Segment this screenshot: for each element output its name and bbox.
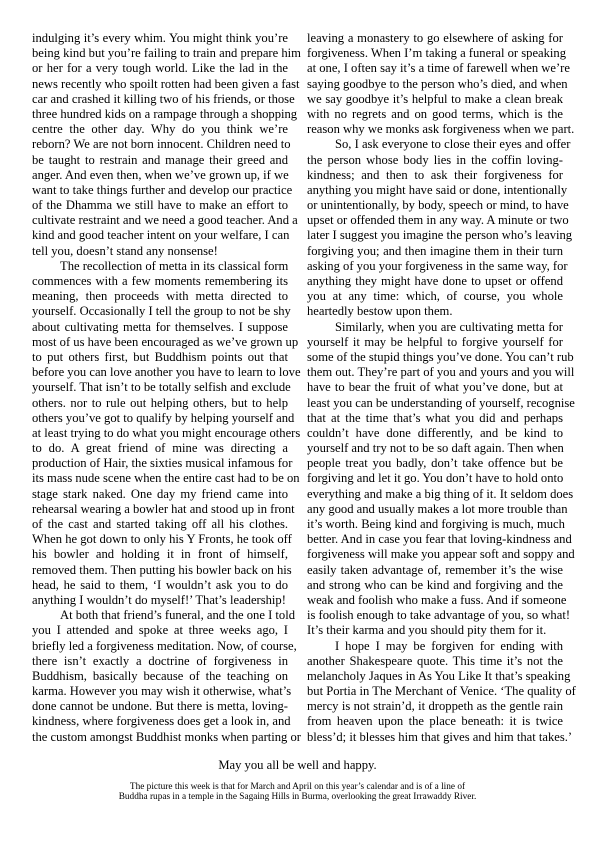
text-line: before you can love another you have to … xyxy=(32,365,288,380)
text-line: forgiveness will make you appear soft an… xyxy=(307,547,563,562)
text-line: its mass nude scene when the entire cast… xyxy=(32,471,288,486)
text-line: least you can be understanding of yourse… xyxy=(307,396,563,411)
text-line: Similarly, when you are cultivating mett… xyxy=(307,320,563,335)
text-line: from heaven upon the place beneath: it i… xyxy=(307,714,563,729)
text-line: to put others first, but Buddhism points… xyxy=(32,350,288,365)
text-line: later I suggest you imagine the person w… xyxy=(307,228,563,243)
paragraph: Similarly, when you are cultivating mett… xyxy=(307,320,563,639)
text-line: reborn? We are not born innocent. Childr… xyxy=(32,137,288,152)
text-line: that at the time that’s what you did and… xyxy=(307,411,563,426)
text-line: others. nor to rule out helping others, … xyxy=(32,396,288,411)
text-line: production of Hair, the sixties musical … xyxy=(32,456,288,471)
text-line: is foolish enough to take advantage of y… xyxy=(307,608,563,623)
text-line: want to take things further and develop … xyxy=(32,183,288,198)
text-line: tell you, doesn’t stand any nonsense! xyxy=(32,244,288,259)
text-line: meaning, then proceeds with metta direct… xyxy=(32,289,288,304)
text-line: three hundred kids on a rampage through … xyxy=(32,107,288,122)
text-line: briefly led a forgiveness meditation. No… xyxy=(32,639,288,654)
paragraph: leaving a monastery to go elsewhere of a… xyxy=(307,31,563,137)
text-line: heartedly bestow upon them. xyxy=(307,304,563,319)
text-line: another Shakespeare quote. This time it’… xyxy=(307,654,563,669)
text-line: with no regrets and on good terms, which… xyxy=(307,107,563,122)
text-line: kind and good teacher intent on your wel… xyxy=(32,228,288,243)
text-line: Buddhism, basically because of the teach… xyxy=(32,669,288,684)
text-line: to do. A great friend of mine was direct… xyxy=(32,441,288,456)
text-line: yourself it may be helpful to forgive yo… xyxy=(307,335,563,350)
text-line: karma. However you may wish it otherwise… xyxy=(32,684,288,699)
text-line: So, I ask everyone to close their eyes a… xyxy=(307,137,563,152)
text-line: forgiving you; and then imagine them in … xyxy=(307,244,563,259)
paragraph: I hope I may be forgiven for ending with… xyxy=(307,639,563,745)
text-line: melancholy Jaques in As You Like It that… xyxy=(307,669,563,684)
text-line: reason why we monks ask forgiveness when… xyxy=(307,122,563,137)
picture-caption: The picture this week is that for March … xyxy=(0,782,595,802)
text-line: at least trying to do what you might enc… xyxy=(32,426,288,441)
text-line: be taught to restrain and manage their g… xyxy=(32,153,288,168)
text-line: upset or offended them in any way. A min… xyxy=(307,213,563,228)
text-line: about cultivating metta for themselves. … xyxy=(32,320,288,335)
text-line: at one, I often say it’s a time of farew… xyxy=(307,61,563,76)
paragraph: At both that friend’s funeral, and the o… xyxy=(32,608,288,745)
text-line: news recently who spoilt rotten had been… xyxy=(32,77,288,92)
text-line: have to bear the fruit of what you’ve do… xyxy=(307,380,563,395)
text-line: indulging it’s every whim. You might thi… xyxy=(32,31,288,46)
text-line: anything you might have said or done, in… xyxy=(307,183,563,198)
text-line: easily taken advantage of, remember it’s… xyxy=(307,563,563,578)
text-line: forgiveness. When I’m taking a funeral o… xyxy=(307,46,563,61)
text-line: kindness, where forgiveness does get a l… xyxy=(32,714,288,729)
text-line: it’s worth. Being kind and forgiving is … xyxy=(307,517,563,532)
text-line: or her for a very tough world. Like the … xyxy=(32,61,288,76)
text-line: head, he said to them, ‘I wouldn’t ask y… xyxy=(32,578,288,593)
text-line: anything I wouldn’t do myself!’ That’s l… xyxy=(32,593,288,608)
text-line: the custom amongst Buddhist monks when p… xyxy=(32,730,288,745)
text-line: anything they might have done to upset o… xyxy=(307,274,563,289)
text-line: couldn’t have done differently, and be k… xyxy=(307,426,563,441)
text-line: The recollection of metta in its classic… xyxy=(32,259,288,274)
text-line: At both that friend’s funeral, and the o… xyxy=(32,608,288,623)
closing-blessing: May you all be well and happy. xyxy=(0,758,595,773)
text-line: When he got down to only his Y Fronts, h… xyxy=(32,532,288,547)
text-line: people treat you badly, don’t take offen… xyxy=(307,456,563,471)
caption-line: Buddha rupas in a temple in the Sagaing … xyxy=(0,792,595,802)
text-line: others you’ve got to qualify by helping … xyxy=(32,411,288,426)
text-line: leaving a monastery to go elsewhere of a… xyxy=(307,31,563,46)
caption-line: The picture this week is that for March … xyxy=(0,782,595,792)
text-line: yourself. Occasionally I tell the group … xyxy=(32,304,288,319)
text-line: but Portia in The Merchant of Venice. ‘T… xyxy=(307,684,563,699)
text-line: we say goodbye it’s helpful to make a cl… xyxy=(307,92,563,107)
text-line: or unintentionally, by body, speech or m… xyxy=(307,198,563,213)
paragraph: indulging it’s every whim. You might thi… xyxy=(32,31,288,259)
text-line: kindness; and then to ask their forgiven… xyxy=(307,168,563,183)
text-line: his bowler and holding it in front of hi… xyxy=(32,547,288,562)
text-line: saying goodbye to the person who’s died,… xyxy=(307,77,563,92)
text-line: yourself and try not to be so daft again… xyxy=(307,441,563,456)
text-line: you I attended and spoke at three weeks … xyxy=(32,623,288,638)
text-line: some of the stupid things you’ve done. Y… xyxy=(307,350,563,365)
text-line: of the Dhamma we still have to make an e… xyxy=(32,198,288,213)
text-line: most of us have been encouraged as we’ve… xyxy=(32,335,288,350)
text-line: done cannot be undone. But there is mett… xyxy=(32,699,288,714)
text-line: anger. And even then, when we’ve grown u… xyxy=(32,168,288,183)
text-line: weak and foolish who make a fuss. And if… xyxy=(307,593,563,608)
text-line: commences with a few moments remembering… xyxy=(32,274,288,289)
text-line: you at any time: which, of course, you w… xyxy=(307,289,563,304)
text-line: mercy is not strain’d, it droppeth as th… xyxy=(307,699,563,714)
text-line: bless’d; it blesses him that gives and h… xyxy=(307,730,563,745)
paragraph: The recollection of metta in its classic… xyxy=(32,259,288,608)
text-line: being kind but you’re failing to train a… xyxy=(32,46,288,61)
paragraph: So, I ask everyone to close their eyes a… xyxy=(307,137,563,319)
text-line: yourself. That isn’t to be totally selfi… xyxy=(32,380,288,395)
text-line: them out. They’re part of you and yours … xyxy=(307,365,563,380)
text-line: It’s their karma and you should pity the… xyxy=(307,623,563,638)
text-line: the person whose body lies in the coffin… xyxy=(307,153,563,168)
right-column: leaving a monastery to go elsewhere of a… xyxy=(307,31,563,745)
text-line: cultivate restraint and we need a good t… xyxy=(32,213,288,228)
text-line: car and crashed it killing two of his fr… xyxy=(32,92,288,107)
text-line: there isn’t exactly a doctrine of forgiv… xyxy=(32,654,288,669)
text-line: better. And in case you fear that loving… xyxy=(307,532,563,547)
text-line: removed them. Then putting his bowler ba… xyxy=(32,563,288,578)
text-line: stage stark naked. One day my friend cam… xyxy=(32,487,288,502)
text-line: any good and usually makes a lot more tr… xyxy=(307,502,563,517)
left-column: indulging it’s every whim. You might thi… xyxy=(32,31,288,745)
text-line: asking of you your forgiveness in the sa… xyxy=(307,259,563,274)
text-line: everything and make a big thing of it. I… xyxy=(307,487,563,502)
text-line: forgiving and let it go. You don’t have … xyxy=(307,471,563,486)
text-line: and strong who can be kind and forgiving… xyxy=(307,578,563,593)
text-line: of the cast and started taking off all h… xyxy=(32,517,288,532)
text-line: I hope I may be forgiven for ending with xyxy=(307,639,563,654)
text-line: centre the other day. Why do you think w… xyxy=(32,122,288,137)
text-line: rehearsal wearing a bowler hat and stood… xyxy=(32,502,288,517)
